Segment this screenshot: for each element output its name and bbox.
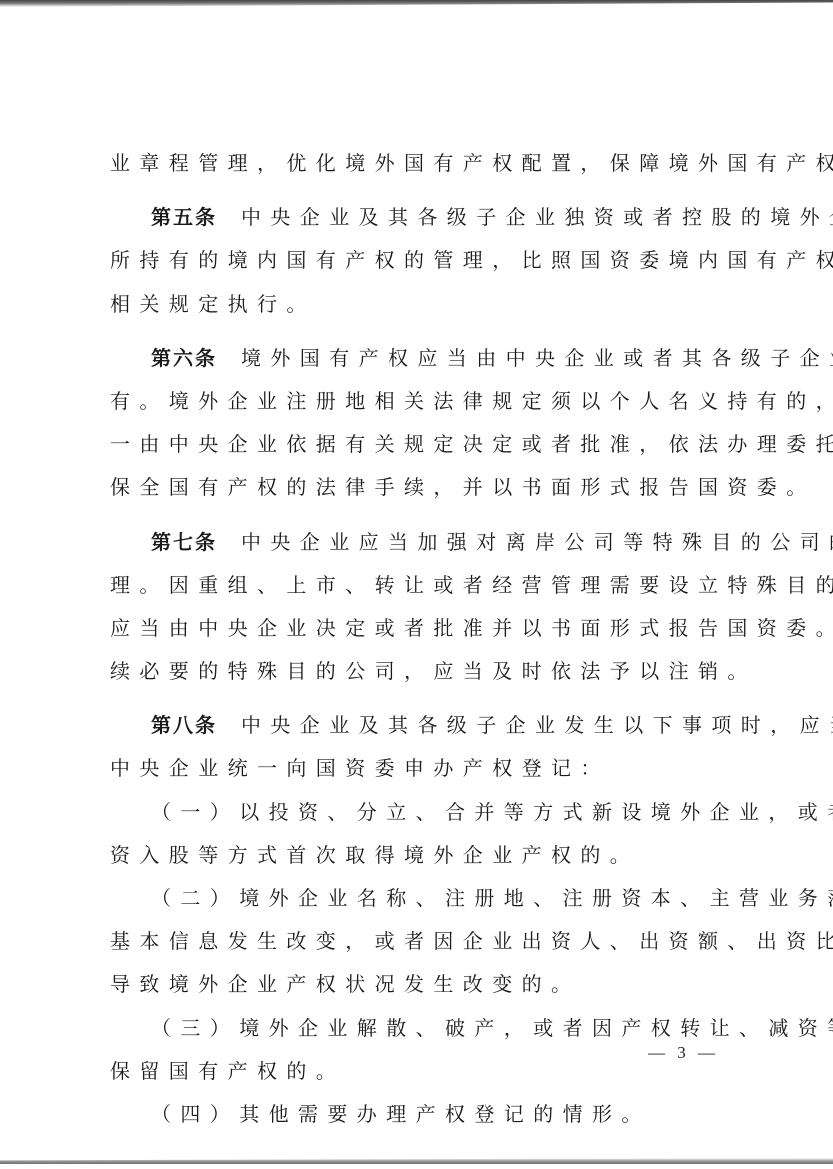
- article-heading: 第六条: [151, 346, 217, 370]
- list-item-1: （一）以投资、分立、合并等方式新设境外企业，或者以收购、投 资入股等方式首次取得…: [110, 791, 726, 877]
- article-6: 第六条境外国有产权应当由中央企业或者其各级子企业持 有。境外企业注册地相关法律规…: [110, 337, 726, 510]
- text-line: （二）境外企业名称、注册地、注册资本、主营业务范围等企业: [110, 877, 726, 920]
- scan-edge-top: [0, 0, 833, 7]
- list-item-3: （三）境外企业解散、破产，或者因产权转让、减资等原因不再 保留国有产权的。: [110, 1007, 726, 1093]
- article-text: 中央企业及其各级子企业独资或者控股的境外企业: [241, 205, 833, 229]
- text-line: 保留国有产权的。: [110, 1050, 726, 1093]
- paragraph-continuation: 业章程管理，优化境外国有产权配置，保障境外国有产权安全。: [110, 142, 726, 185]
- text-line: 有。境外企业注册地相关法律规定须以个人名义持有的，应当统: [110, 380, 726, 423]
- text-line: 相关规定执行。: [110, 283, 726, 326]
- article-heading: 第七条: [151, 530, 217, 554]
- article-text: 境外国有产权应当由中央企业或者其各级子企业持: [241, 346, 833, 370]
- article-text: 中央企业应当加强对离岸公司等特殊目的公司的管: [241, 530, 833, 554]
- text-line: 基本信息发生改变，或者因企业出资人、出资额、出资比例等变化: [110, 920, 726, 963]
- text-line: 所持有的境内国有产权的管理，比照国资委境内国有产权管理的: [110, 239, 726, 282]
- text-line: 一由中央企业依据有关规定决定或者批准，依法办理委托出资等: [110, 423, 726, 466]
- document-page: 业章程管理，优化境外国有产权配置，保障境外国有产权安全。 第五条中央企业及其各级…: [110, 142, 726, 1136]
- text-line: 保全国有产权的法律手续，并以书面形式报告国资委。: [110, 466, 726, 509]
- text-line: 应当由中央企业决定或者批准并以书面形式报告国资委。已无存: [110, 607, 726, 650]
- list-item-4: （四）其他需要办理产权登记的情形。: [110, 1093, 726, 1136]
- text-line: 理。因重组、上市、转让或者经营管理需要设立特殊目的公司的，: [110, 564, 726, 607]
- text-line: （三）境外企业解散、破产，或者因产权转让、减资等原因不再: [110, 1007, 726, 1050]
- article-heading: 第五条: [151, 205, 217, 229]
- text-line: 续必要的特殊目的公司，应当及时依法予以注销。: [110, 650, 726, 693]
- text-line: 资入股等方式首次取得境外企业产权的。: [110, 834, 726, 877]
- article-text: 中央企业及其各级子企业发生以下事项时，应当由: [241, 713, 833, 737]
- page-number: — 3 —: [648, 1043, 719, 1063]
- text-line: 中央企业统一向国资委申办产权登记：: [110, 747, 726, 790]
- text-line: （四）其他需要办理产权登记的情形。: [110, 1093, 726, 1136]
- article-5: 第五条中央企业及其各级子企业独资或者控股的境外企业 所持有的境内国有产权的管理，…: [110, 196, 726, 326]
- article-7: 第七条中央企业应当加强对离岸公司等特殊目的公司的管 理。因重组、上市、转让或者经…: [110, 521, 726, 694]
- text-line: （一）以投资、分立、合并等方式新设境外企业，或者以收购、投: [110, 791, 726, 834]
- list-item-2: （二）境外企业名称、注册地、注册资本、主营业务范围等企业 基本信息发生改变，或者…: [110, 877, 726, 1007]
- article-heading: 第八条: [151, 713, 217, 737]
- article-8: 第八条中央企业及其各级子企业发生以下事项时，应当由 中央企业统一向国资委申办产权…: [110, 704, 726, 790]
- text-line: 导致境外企业产权状况发生改变的。: [110, 963, 726, 1006]
- scan-edge-bottom: [0, 1158, 833, 1164]
